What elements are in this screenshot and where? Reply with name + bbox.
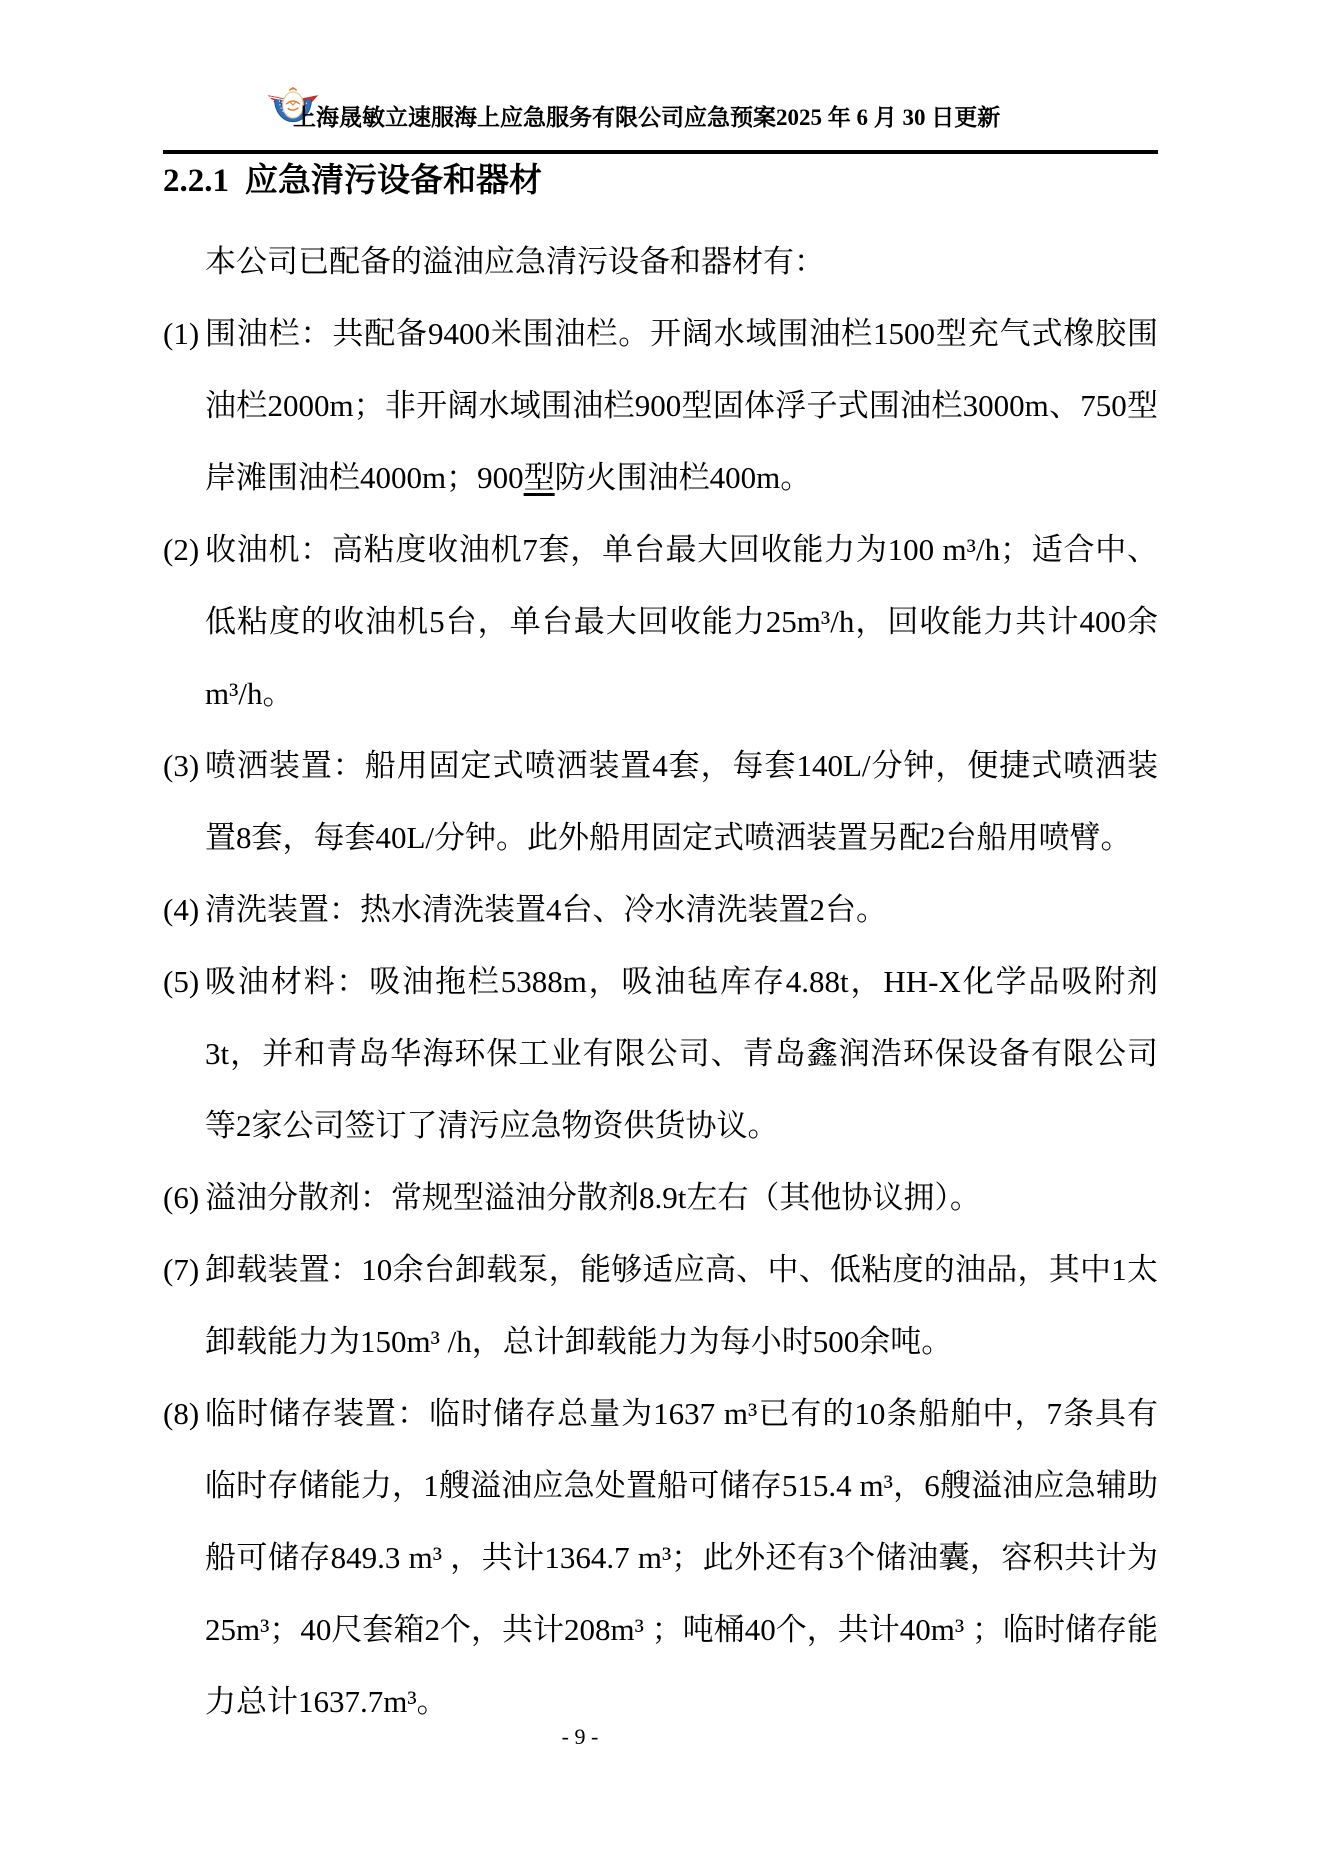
item-number: (2) bbox=[163, 514, 199, 586]
page-number: - 9 - bbox=[562, 1724, 599, 1749]
list-item: (7)卸载装置：10余台卸载泵，能够适应高、中、低粘度的油品，其中1太卸载能力为… bbox=[163, 1234, 1158, 1378]
text-segment: 收油机：高粘度收油机7套，单台最大回收能力为100 m³/h；适合中、低粘度的收… bbox=[205, 532, 1158, 711]
list-item: (3)喷洒装置：船用固定式喷洒装置4套，每套140L/分钟，便捷式喷洒装置8套，… bbox=[163, 730, 1158, 874]
item-number: (1) bbox=[163, 298, 199, 370]
intro-paragraph: 本公司已配备的溢油应急清污设备和器材有： bbox=[205, 226, 1158, 298]
underlined-text: 型 bbox=[524, 460, 555, 495]
header-update-date: 2025 年 6 月 30 日更新 bbox=[776, 104, 1000, 132]
item-text: 吸油材料：吸油拖栏5388m，吸油毡库存4.88t，HH-X化学品吸附剂3t，并… bbox=[205, 964, 1158, 1143]
list-item: (2)收油机：高粘度收油机7套，单台最大回收能力为100 m³/h；适合中、低粘… bbox=[163, 514, 1158, 730]
text-segment: 卸载装置：10余台卸载泵，能够适应高、中、低粘度的油品，其中1太卸载能力为150… bbox=[205, 1252, 1158, 1359]
section-heading: 2.2.1应急清污设备和器材 bbox=[163, 158, 1158, 204]
header-divider bbox=[163, 150, 1158, 154]
document-page: 上海晟敏立速服海上应急服务有限公司 应急预案 2025 年 6 月 30 日更新… bbox=[0, 0, 1323, 1871]
text-segment: 溢油分散剂：常规型溢油分散剂8.9t左右（其他协议拥）。 bbox=[205, 1180, 981, 1215]
section-title: 应急清污设备和器材 bbox=[245, 163, 542, 199]
item-number: (5) bbox=[163, 946, 199, 1018]
item-text: 围油栏：共配备9400米围油栏。开阔水域围油栏1500型充气式橡胶围油栏2000… bbox=[205, 316, 1158, 495]
equipment-list: (1)围油栏：共配备9400米围油栏。开阔水域围油栏1500型充气式橡胶围油栏2… bbox=[163, 298, 1158, 1738]
text-segment: 清洗装置：热水清洗装置4台、冷水清洗装置2台。 bbox=[205, 892, 887, 927]
list-item: (4)清洗装置：热水清洗装置4台、冷水清洗装置2台。 bbox=[163, 874, 1158, 946]
item-number: (8) bbox=[163, 1378, 199, 1450]
text-segment: 临时储存装置：临时储存总量为1637 m³已有的10条船舶中，7条具有临时存储能… bbox=[205, 1396, 1158, 1719]
item-text: 溢油分散剂：常规型溢油分散剂8.9t左右（其他协议拥）。 bbox=[205, 1180, 981, 1215]
item-text: 清洗装置：热水清洗装置4台、冷水清洗装置2台。 bbox=[205, 892, 887, 927]
list-item: (6)溢油分散剂：常规型溢油分散剂8.9t左右（其他协议拥）。 bbox=[163, 1162, 1158, 1234]
item-number: (6) bbox=[163, 1162, 199, 1234]
item-text: 卸载装置：10余台卸载泵，能够适应高、中、低粘度的油品，其中1太卸载能力为150… bbox=[205, 1252, 1158, 1359]
header-company-name: 上海晟敏立速服海上应急服务有限公司 bbox=[293, 104, 684, 132]
item-text: 收油机：高粘度收油机7套，单台最大回收能力为100 m³/h；适合中、低粘度的收… bbox=[205, 532, 1158, 711]
page-footer: - 9 - bbox=[0, 1722, 1160, 1752]
item-text: 喷洒装置：船用固定式喷洒装置4套，每套140L/分钟，便捷式喷洒装置8套，每套4… bbox=[205, 748, 1158, 855]
header-doc-type: 应急预案 bbox=[684, 104, 776, 132]
item-text: 临时储存装置：临时储存总量为1637 m³已有的10条船舶中，7条具有临时存储能… bbox=[205, 1396, 1158, 1719]
list-item: (5)吸油材料：吸油拖栏5388m，吸油毡库存4.88t，HH-X化学品吸附剂3… bbox=[163, 946, 1158, 1162]
page-header: 上海晟敏立速服海上应急服务有限公司 应急预案 2025 年 6 月 30 日更新 bbox=[293, 104, 985, 132]
item-number: (3) bbox=[163, 730, 199, 802]
text-segment: 防火围油栏400m。 bbox=[555, 460, 812, 495]
item-number: (4) bbox=[163, 874, 199, 946]
item-number: (7) bbox=[163, 1234, 199, 1306]
text-segment: 吸油材料：吸油拖栏5388m，吸油毡库存4.88t，HH-X化学品吸附剂3t，并… bbox=[205, 964, 1158, 1143]
document-body: 2.2.1应急清污设备和器材 本公司已配备的溢油应急清污设备和器材有： (1)围… bbox=[163, 158, 1158, 1738]
list-item: (8)临时储存装置：临时储存总量为1637 m³已有的10条船舶中，7条具有临时… bbox=[163, 1378, 1158, 1738]
section-number: 2.2.1 bbox=[163, 163, 229, 199]
list-item: (1)围油栏：共配备9400米围油栏。开阔水域围油栏1500型充气式橡胶围油栏2… bbox=[163, 298, 1158, 514]
text-segment: 喷洒装置：船用固定式喷洒装置4套，每套140L/分钟，便捷式喷洒装置8套，每套4… bbox=[205, 748, 1158, 855]
